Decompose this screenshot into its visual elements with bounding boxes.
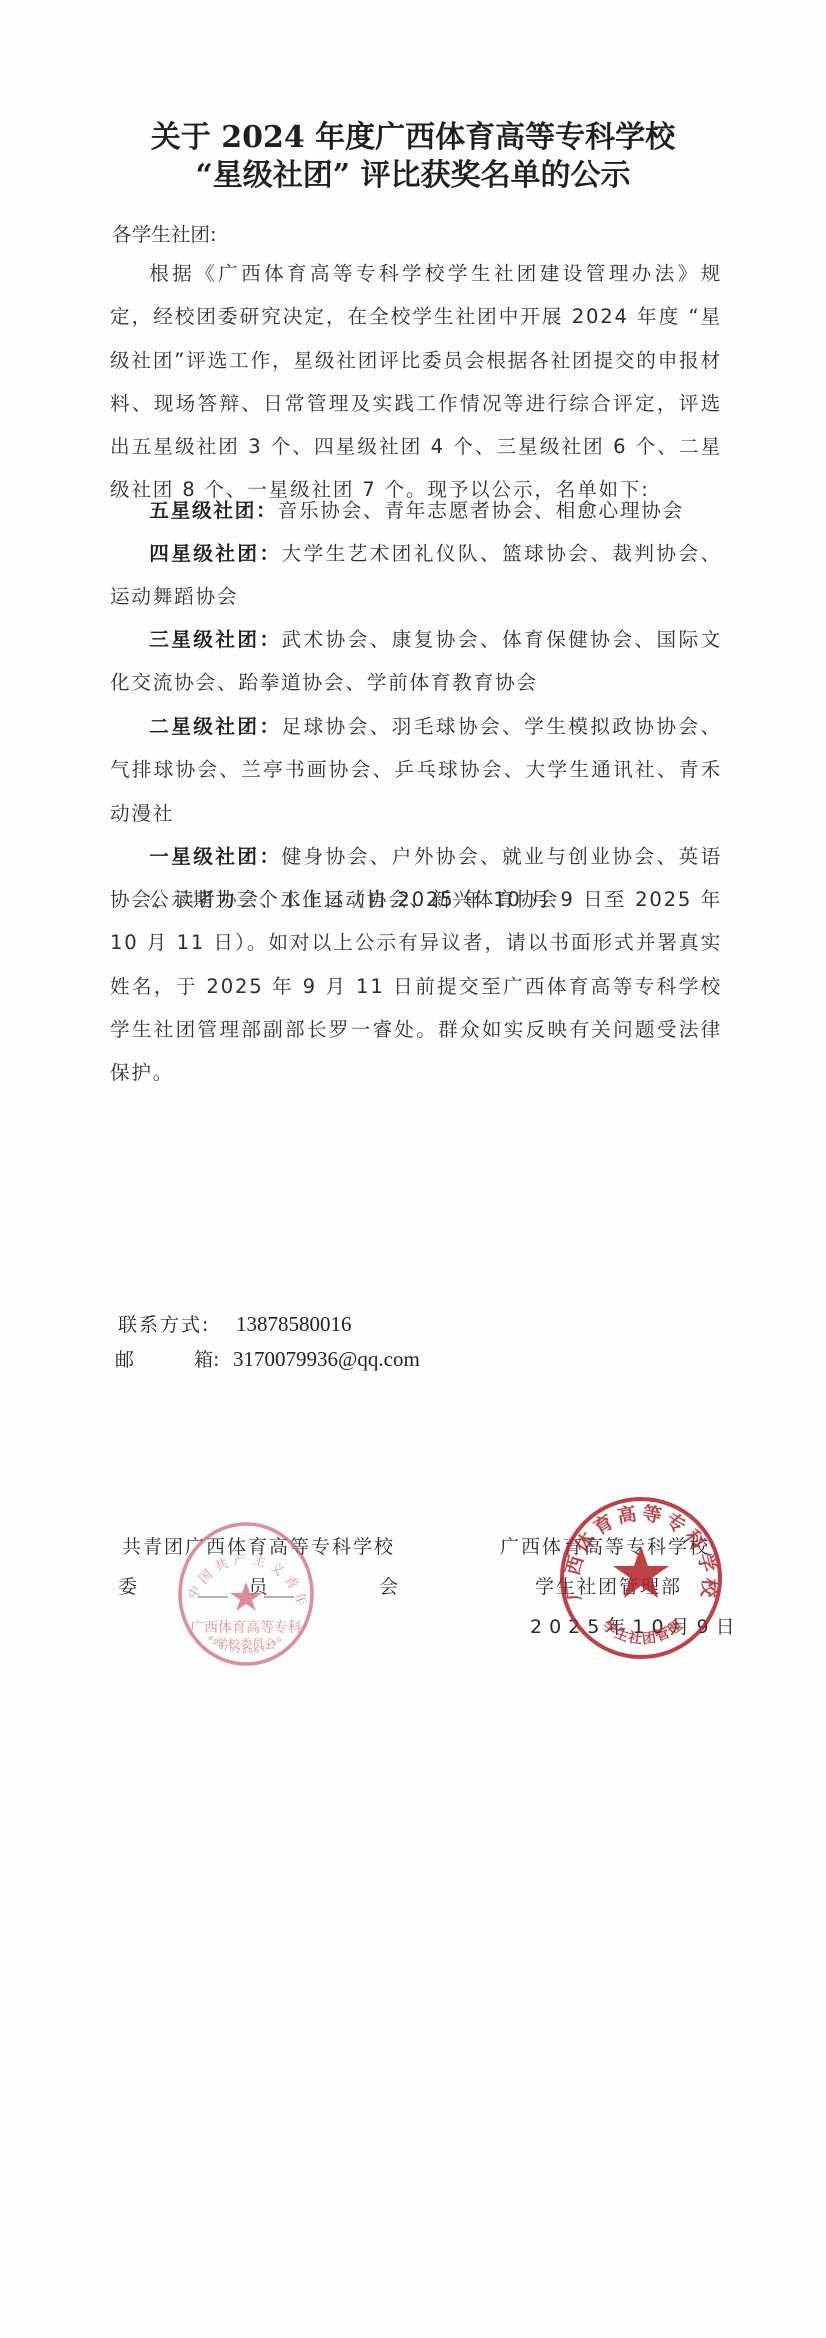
tier-five-star: 五星级社团：音乐协会、青年志愿者协会、相愈心理协会 bbox=[110, 489, 722, 532]
document-title-line-2: “星级社团” 评比获奖名单的公示 bbox=[0, 150, 826, 194]
contact-phone: 联系方式: 13878580016 bbox=[118, 1310, 352, 1337]
svg-text:4501020062710: 4501020062710 bbox=[206, 1634, 285, 1656]
phone-value: 13878580016 bbox=[236, 1312, 352, 1336]
contact-email: 邮箱: 3170079936@qq.com bbox=[115, 1345, 420, 1372]
tier-label: 五星级社团： bbox=[149, 499, 277, 522]
email-label: 邮箱: bbox=[115, 1345, 227, 1372]
tier-four-star: 四星级社团：大学生艺术团礼仪队、篮球协会、裁判协会、运动舞蹈协会 bbox=[110, 532, 722, 619]
tier-label: 三星级社团： bbox=[149, 628, 281, 651]
tier-label: 二星级社团： bbox=[149, 715, 281, 738]
document-page: 关于 2024 年度广西体育高等专科学校 “星级社团” 评比获奖名单的公示 各学… bbox=[0, 0, 826, 2338]
tier-label: 四星级社团： bbox=[149, 542, 281, 565]
svg-text:学校委员会: 学校委员会 bbox=[216, 1636, 276, 1651]
signature-right-department: 学生社团管理部 bbox=[535, 1572, 682, 1599]
tier-label: 一星级社团： bbox=[149, 845, 281, 868]
phone-label: 联系方式: bbox=[118, 1310, 230, 1337]
tier-two-star: 二星级社团：足球协会、羽毛球协会、学生模拟政协协会、气排球协会、兰亭书画协会、乒… bbox=[110, 705, 722, 835]
tier-three-star: 三星级社团：武术协会、康复协会、体育保健协会、国际文化交流协会、跆拳道协会、学前… bbox=[110, 618, 722, 705]
notice-paragraph: 公示期为三个工作日（自 2025 年 10 月 9 日至 2025 年 10 月… bbox=[110, 878, 722, 1094]
svg-text:广西体育高等专科: 广西体育高等专科 bbox=[190, 1619, 302, 1636]
salutation: 各学生社团: bbox=[112, 218, 217, 247]
intro-paragraph: 根据《广西体育高等专科学校学生社团建设管理办法》规定，经校团委研究决定，在全校学… bbox=[110, 252, 722, 512]
signature-left-org: 共青团广西体育高等专科学校 bbox=[122, 1532, 395, 1559]
signature-right-school: 广西体育高等专科学校 bbox=[500, 1532, 710, 1559]
signature-date: 2025年10月9日 bbox=[530, 1612, 742, 1639]
tier-clubs: 音乐协会、青年志愿者协会、相愈心理协会 bbox=[278, 499, 684, 522]
signature-left-committee: 委 员 会 bbox=[118, 1572, 400, 1599]
email-value: 3170079936@qq.com bbox=[233, 1347, 420, 1371]
